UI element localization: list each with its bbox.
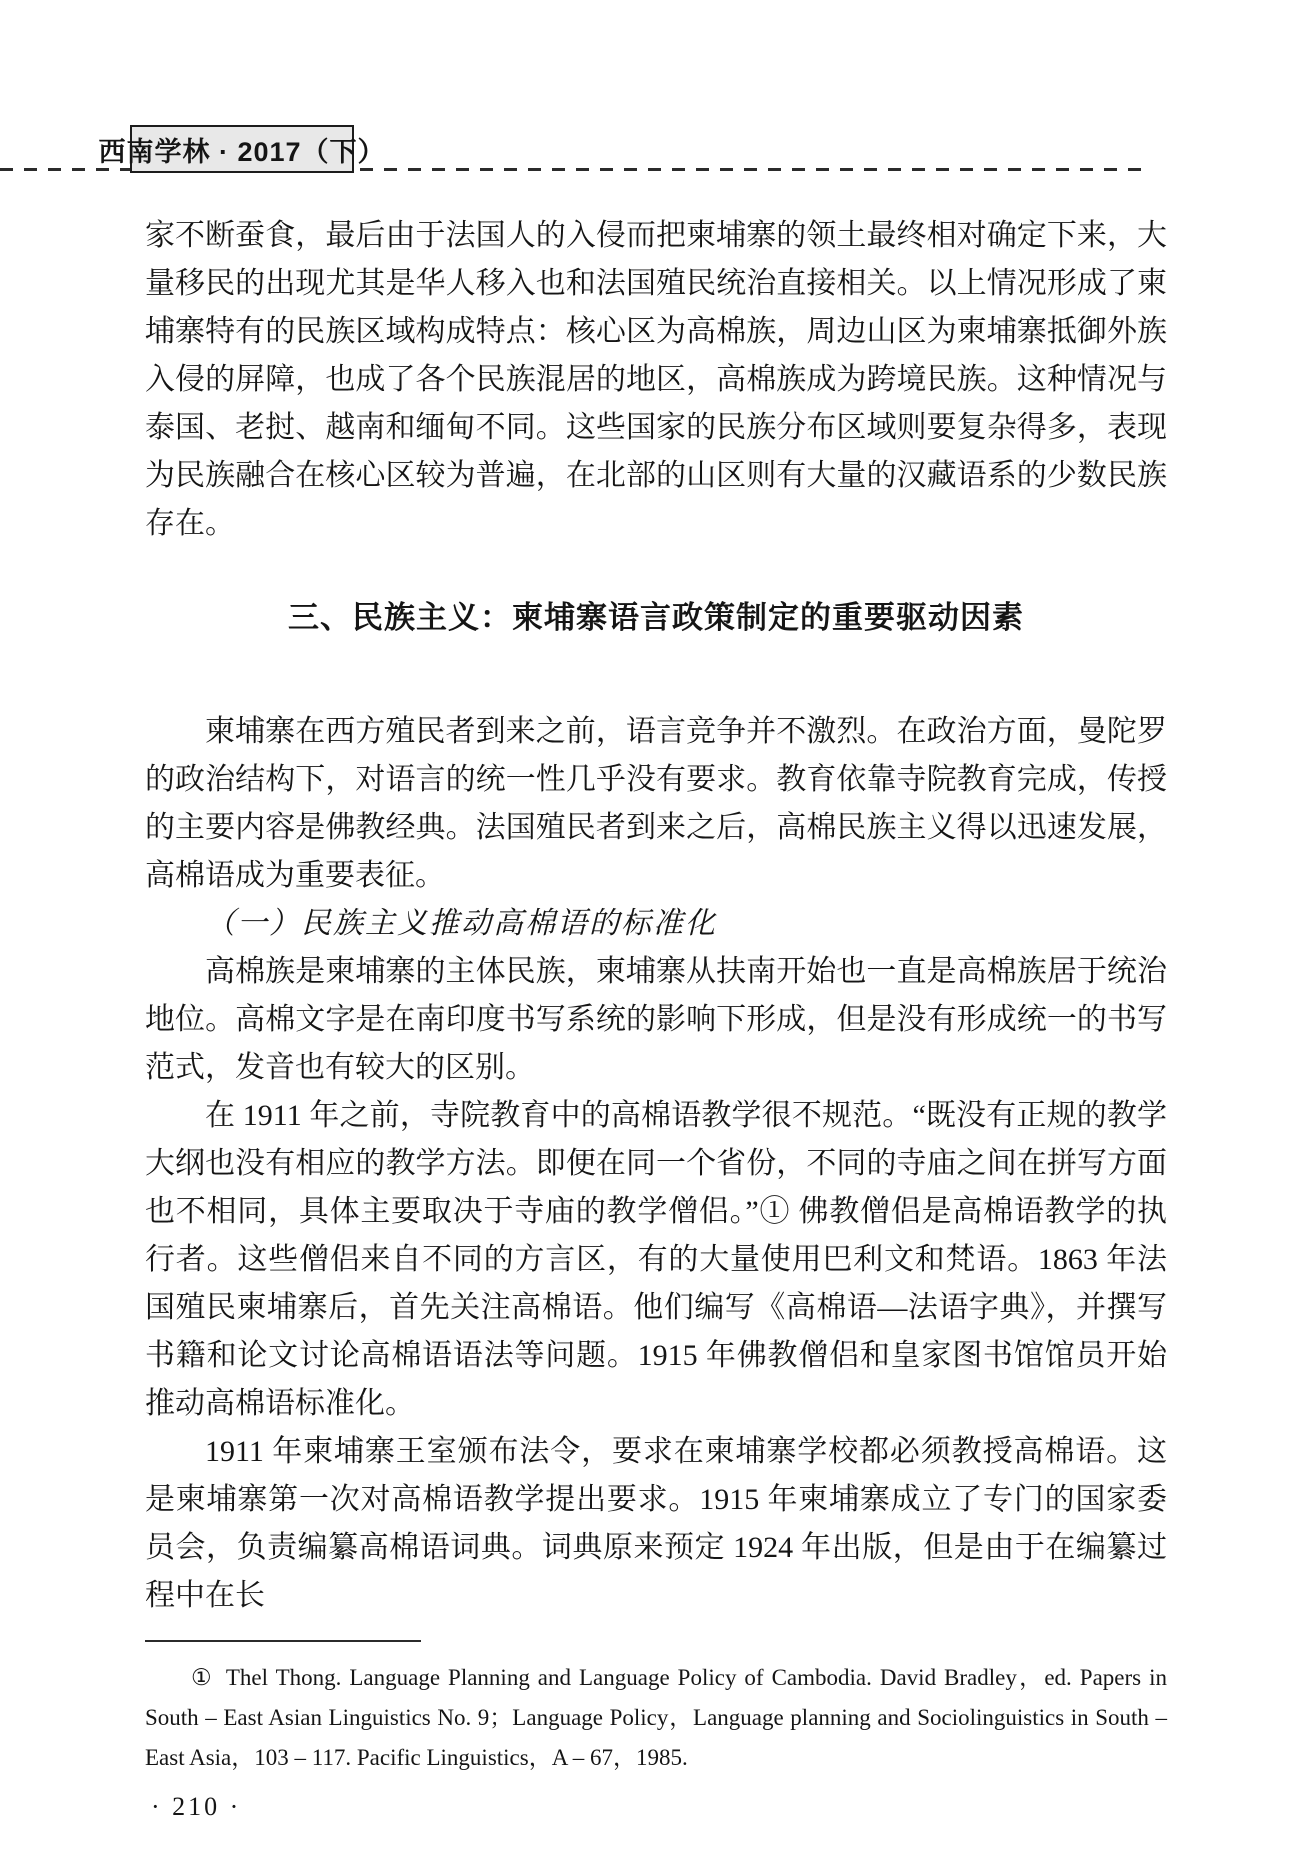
footnote-text: Thel Thong. Language Planning and Langua… (145, 1665, 1167, 1770)
body-paragraph-continuation: 家不断蚕食，最后由于法国人的入侵而把柬埔寨的领土最终相对确定下来，大量移民的出现… (145, 212, 1167, 548)
journal-title: 西南学林 · 2017（下） (98, 130, 385, 169)
footnote-separator (145, 1640, 421, 1642)
footnote-marker: ① (191, 1665, 214, 1690)
subsection-heading: （一）民族主义推动高棉语的标准化 (145, 900, 1167, 948)
body-paragraph-pre-1911: 在 1911 年之前，寺院教育中的高棉语教学很不规范。“既没有正规的教学大纲也没… (145, 1092, 1167, 1428)
body-paragraph-intro: 柬埔寨在西方殖民者到来之前，语言竞争并不激烈。在政治方面，曼陀罗的政治结构下，对… (145, 708, 1167, 900)
body-paragraph-royal-decree: 1911 年柬埔寨王室颁布法令，要求在柬埔寨学校都必须教授高棉语。这是柬埔寨第一… (145, 1428, 1167, 1620)
section-heading: 三、民族主义：柬埔寨语言政策制定的重要驱动因素 (145, 592, 1167, 644)
page-number: · 210 · (151, 1792, 1167, 1822)
body-paragraph-khmer-teaching: 高棉族是柬埔寨的主体民族，柬埔寨从扶南开始也一直是高棉族居于统治地位。高棉文字是… (145, 948, 1167, 1092)
journal-header-box: 西南学林 · 2017（下） (130, 125, 354, 173)
footnote: ①Thel Thong. Language Planning and Langu… (145, 1658, 1167, 1778)
page-content: 家不断蚕食，最后由于法国人的入侵而把柬埔寨的领土最终相对确定下来，大量移民的出现… (145, 212, 1167, 1822)
document-page: 西南学林 · 2017（下） 家不断蚕食，最后由于法国人的入侵而把柬埔寨的领土最… (0, 0, 1307, 1859)
